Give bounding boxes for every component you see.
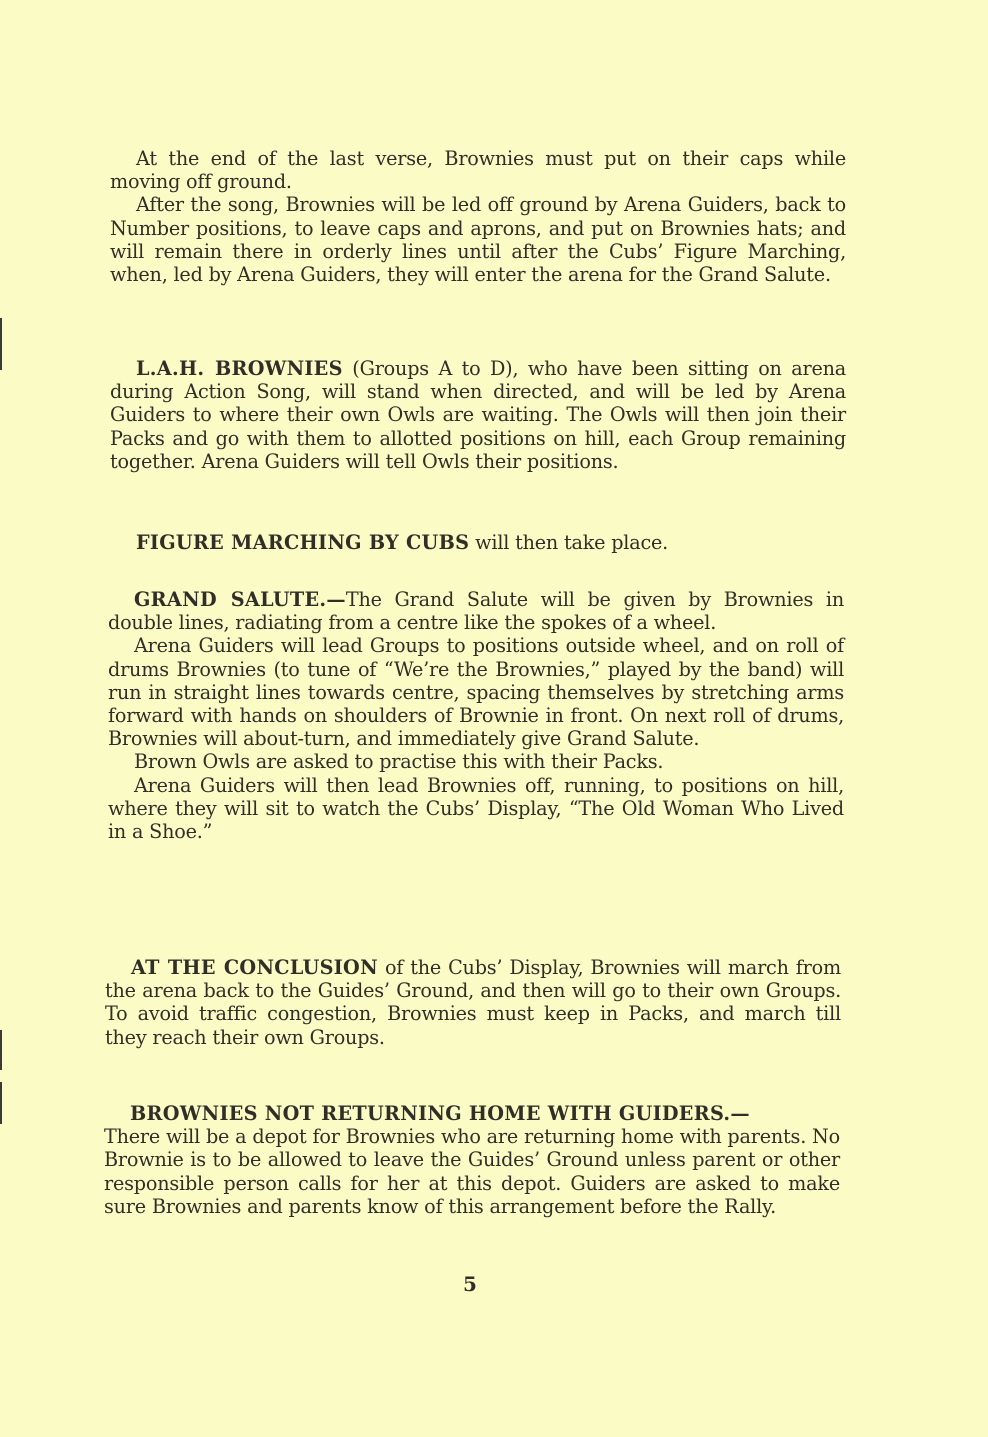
section-heading: AT THE CONCLUSION bbox=[131, 956, 378, 979]
section-grand-salute: GRAND SALUTE.—The Grand Salute will be g… bbox=[108, 588, 844, 843]
section-heading: BROWNIES NOT RETURNING HOME WITH GUIDERS… bbox=[130, 1102, 750, 1125]
paragraph: AT THE CONCLUSION of the Cubs’ Display, … bbox=[105, 956, 841, 1049]
paragraph: GRAND SALUTE.—The Grand Salute will be g… bbox=[108, 588, 844, 634]
page-edge-mark bbox=[0, 1030, 2, 1070]
page-number: 5 bbox=[463, 1272, 477, 1296]
paragraph: L.A.H. BROWNIES (Groups A to D), who hav… bbox=[110, 357, 846, 473]
section-figure-marching: FIGURE MARCHING BY CUBS will then take p… bbox=[110, 531, 846, 554]
paragraph: Arena Guiders will lead Groups to positi… bbox=[108, 634, 844, 750]
section-lah-brownies: L.A.H. BROWNIES (Groups A to D), who hav… bbox=[110, 357, 846, 473]
section-heading: L.A.H. BROWNIES bbox=[136, 357, 343, 380]
section-after-song: At the end of the last verse, Brownies m… bbox=[110, 147, 846, 286]
paragraph: Arena Guiders will then lead Brownies of… bbox=[108, 774, 844, 844]
paragraph: At the end of the last verse, Brownies m… bbox=[110, 147, 846, 193]
paragraph: There will be a depot for Brownies who a… bbox=[104, 1125, 840, 1218]
section-not-returning-home: BROWNIES NOT RETURNING HOME WITH GUIDERS… bbox=[104, 1102, 840, 1218]
section-heading: GRAND SALUTE.— bbox=[134, 588, 346, 611]
page-edge-mark bbox=[0, 318, 2, 370]
section-conclusion: AT THE CONCLUSION of the Cubs’ Display, … bbox=[105, 956, 841, 1049]
paragraph: Brown Owls are asked to practise this wi… bbox=[108, 750, 844, 773]
paragraph: FIGURE MARCHING BY CUBS will then take p… bbox=[110, 531, 846, 554]
paragraph: BROWNIES NOT RETURNING HOME WITH GUIDERS… bbox=[104, 1102, 840, 1125]
paragraph: After the song, Brownies will be led off… bbox=[110, 193, 846, 286]
section-heading: FIGURE MARCHING BY CUBS bbox=[136, 531, 469, 554]
page-edge-mark bbox=[0, 1082, 2, 1124]
